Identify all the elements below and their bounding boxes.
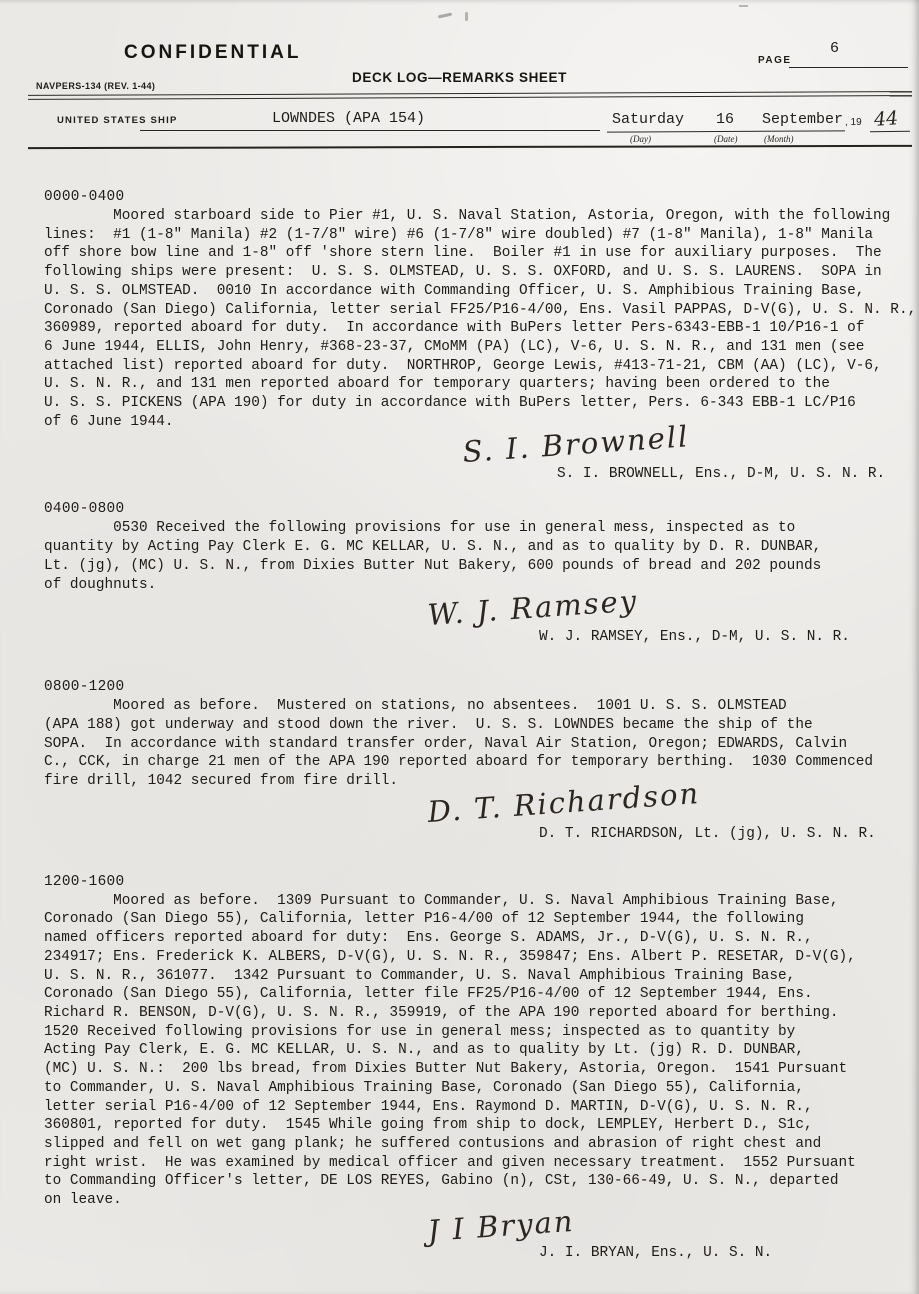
watch-section-0800-1200: 0800-1200 Moored as before. Mustered on … (44, 678, 919, 844)
entry-text: Moored as before. 1309 Pursuant to Comma… (44, 892, 919, 1210)
signature-typed-name: W. J. RAMSEY, Ens., D-M, U. S. N. R. (539, 628, 919, 647)
scan-speck (438, 13, 452, 19)
header-rule-heavy (28, 145, 912, 149)
ship-label: UNITED STATES SHIP (57, 115, 177, 126)
signature-block: J I Bryan J. I. BRYAN, Ens., U. S. N. (44, 1210, 919, 1263)
signature-typed-name: D. T. RICHARDSON, Lt. (jg), U. S. N. R. (539, 825, 919, 844)
ship-name: LOWNDES (APA 154) (272, 110, 425, 127)
signature-block: D. T. Richardson D. T. RICHARDSON, Lt. (… (44, 791, 919, 844)
date-line (607, 130, 845, 132)
date-date-value: 16 (716, 111, 734, 128)
header-rule (28, 95, 912, 100)
page-number-line (789, 67, 908, 68)
date-month-label: (Month) (764, 134, 794, 144)
date-date-label: (Date) (714, 134, 738, 144)
signature-block: W. J. Ramsey W. J. RAMSEY, Ens., D-M, U.… (44, 594, 919, 647)
scan-speck (739, 5, 748, 7)
log-entries: 0000-0400 Moored starboard side to Pier … (44, 188, 919, 1292)
watch-section-0400-0800: 0400-0800 0530 Received the following pr… (44, 500, 919, 647)
date-day-label: (Day) (630, 134, 651, 144)
date-day-value: Saturday (612, 111, 684, 128)
watch-heading: 0400-0800 (44, 500, 919, 519)
watch-heading: 0800-1200 (44, 678, 919, 697)
signature-typed-name: S. I. BROWNELL, Ens., D-M, U. S. N. R. (557, 465, 919, 484)
classification-stamp: CONFIDENTIAL (124, 42, 301, 64)
year-value: 44 (873, 107, 899, 131)
signature-typed-name: J. I. BRYAN, Ens., U. S. N. (539, 1244, 919, 1263)
year-prefix: , 19 (845, 117, 862, 128)
watch-section-0000-0400: 0000-0400 Moored starboard side to Pier … (44, 188, 919, 484)
deck-log-page: CONFIDENTIAL PAGE 6 NAVPERS-134 (REV. 1-… (0, 0, 919, 1294)
signature-block: S. I. Brownell S. I. BROWNELL, Ens., D-M… (44, 431, 919, 484)
watch-section-1200-1600: 1200-1600 Moored as before. 1309 Pursuan… (44, 873, 919, 1263)
watch-heading: 0000-0400 (44, 188, 919, 207)
watch-heading: 1200-1600 (44, 873, 919, 892)
ship-name-line (140, 130, 600, 131)
page-number: 6 (830, 40, 839, 57)
page-label: PAGE (758, 55, 792, 66)
scan-speck (465, 12, 468, 21)
form-title: DECK LOG—REMARKS SHEET (0, 70, 919, 85)
year-line (870, 131, 910, 132)
date-month-value: September (762, 111, 843, 128)
entry-text: Moored starboard side to Pier #1, U. S. … (44, 207, 919, 431)
